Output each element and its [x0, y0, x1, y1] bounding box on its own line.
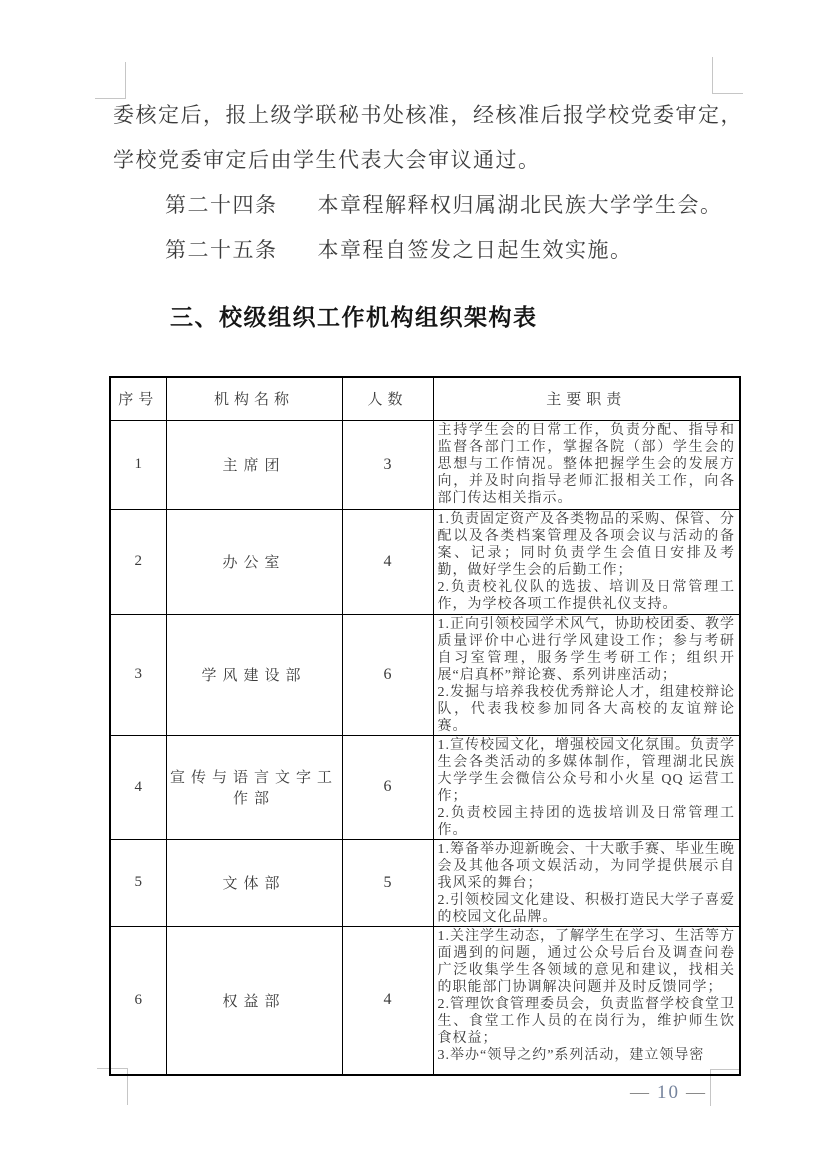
serial-cell: 1	[110, 420, 166, 509]
org-name-cell: 文体部	[166, 839, 342, 926]
header-serial: 序号	[110, 377, 166, 420]
serial-cell: 6	[110, 926, 166, 1075]
member-count-cell: 6	[342, 735, 433, 839]
page-number: —10—	[630, 1082, 707, 1104]
clause-number: 第二十五条	[165, 238, 278, 262]
clause-text: 本章程解释权归属湖北民族大学学生会。	[318, 193, 723, 217]
table-row: 5 文体部 5 1.筹备举办迎新晚会、十大歌手赛、毕业生晚会及其他各项文娱活动，…	[110, 839, 740, 926]
body-text-block: 委核定后，报上级学联秘书处核准，经核准后报学校党委审定， 学校党委审定后由学生代…	[113, 93, 733, 273]
org-name-cell: 权益部	[166, 926, 342, 1075]
member-count-cell: 4	[342, 926, 433, 1075]
org-name-cell: 学风建设部	[166, 614, 342, 735]
paragraph-line: 委核定后，报上级学联秘书处核准，经核准后报学校党委审定，	[113, 93, 733, 138]
serial-cell: 3	[110, 614, 166, 735]
table-row: 1 主席团 3 主持学生会的日常工作，负责分配、指导和监督各部门工作，掌握各院（…	[110, 420, 740, 509]
org-structure-table: 序号 机构名称 人数 主要职责 1 主席团 3 主持学生会的日常工作，负责分配、…	[109, 376, 741, 1076]
member-count-cell: 6	[342, 614, 433, 735]
duty-item: 2.管理饮食管理委员会，负责监督学校食堂卫生、食堂工作人员的在岗行为，维护师生饮…	[438, 996, 736, 1047]
section-heading: 三、校级组织工作机构组织架构表	[170, 299, 538, 332]
duty-item: 主持学生会的日常工作，负责分配、指导和监督各部门工作，掌握各院（部）学生会的思想…	[438, 422, 736, 507]
header-count: 人数	[342, 377, 433, 420]
duty-item: 2.负责校园主持团的选拔培训及日常管理工作。	[438, 805, 736, 839]
duties-cell: 1.宣传校园文化，增强校园文化氛围。负责学生会各类活动的多媒体制作，管理湖北民族…	[433, 735, 740, 839]
table-header-row: 序号 机构名称 人数 主要职责	[110, 377, 740, 420]
duty-item: 3.举办“领导之约”系列活动，建立领导密	[438, 1047, 736, 1064]
clause-line: 第二十四条本章程解释权归属湖北民族大学学生会。	[113, 183, 733, 228]
duty-item: 2.负责校礼仪队的选拔、培训及日常管理工作，为学校各项工作提供礼仪支持。	[438, 579, 736, 613]
org-name-cell: 办公室	[166, 509, 342, 614]
table-row: 6 权益部 4 1.关注学生动态，了解学生在学习、生活等方面遇到的问题，通过公众…	[110, 926, 740, 1075]
duty-item: 1.关注学生动态，了解学生在学习、生活等方面遇到的问题，通过公众号后台及调查问卷…	[438, 928, 736, 996]
page-number-dash: —	[630, 1082, 651, 1103]
duties-cell: 1.关注学生动态，了解学生在学习、生活等方面遇到的问题，通过公众号后台及调查问卷…	[433, 926, 740, 1075]
duty-item: 1.筹备举办迎新晚会、十大歌手赛、毕业生晚会及其他各项文娱活动，为同学提供展示自…	[438, 841, 736, 892]
member-count-cell: 5	[342, 839, 433, 926]
member-count-cell: 4	[342, 509, 433, 614]
page-number-dash: —	[686, 1082, 707, 1103]
header-duties: 主要职责	[433, 377, 740, 420]
clause-number: 第二十四条	[165, 193, 278, 217]
clause-line: 第二十五条本章程自签发之日起生效实施。	[113, 228, 733, 273]
duties-cell: 1.正向引领校园学术风气，协助校团委、教学质量评价中心进行学风建设工作；参与考研…	[433, 614, 740, 735]
duty-item: 2.引领校园文化建设、积极打造民大学子喜爱的校园文化品牌。	[438, 892, 736, 926]
serial-cell: 4	[110, 735, 166, 839]
duties-cell: 1.筹备举办迎新晚会、十大歌手赛、毕业生晚会及其他各项文娱活动，为同学提供展示自…	[433, 839, 740, 926]
org-name-cell: 宣传与语言文字工作部	[166, 735, 342, 839]
member-count-cell: 3	[342, 420, 433, 509]
crop-mark-top-right	[712, 57, 743, 94]
table-row: 3 学风建设部 6 1.正向引领校园学术风气，协助校团委、教学质量评价中心进行学…	[110, 614, 740, 735]
duties-cell: 1.负责固定资产及各类物品的采购、保管、分配以及各类档案管理及各项会议与活动的备…	[433, 509, 740, 614]
paragraph-line: 学校党委审定后由学生代表大会审议通过。	[113, 138, 733, 183]
duty-item: 1.宣传校园文化，增强校园文化氛围。负责学生会各类活动的多媒体制作，管理湖北民族…	[438, 737, 736, 805]
duty-item: 1.正向引领校园学术风气，协助校团委、教学质量评价中心进行学风建设工作；参与考研…	[438, 616, 736, 684]
duties-cell: 主持学生会的日常工作，负责分配、指导和监督各部门工作，掌握各院（部）学生会的思想…	[433, 420, 740, 509]
duty-item: 2.发掘与培养我校优秀辩论人才，组建校辩论队，代表我校参加同各大高校的友谊辩论赛…	[438, 684, 736, 735]
page-number-value: 10	[651, 1082, 686, 1103]
table-row: 2 办公室 4 1.负责固定资产及各类物品的采购、保管、分配以及各类档案管理及各…	[110, 509, 740, 614]
table-row: 4 宣传与语言文字工作部 6 1.宣传校园文化，增强校园文化氛围。负责学生会各类…	[110, 735, 740, 839]
serial-cell: 5	[110, 839, 166, 926]
org-name-cell: 主席团	[166, 420, 342, 509]
header-org-name: 机构名称	[166, 377, 342, 420]
document-page: 委核定后，报上级学联秘书处核准，经核准后报学校党委审定， 学校党委审定后由学生代…	[0, 0, 836, 1170]
clause-text: 本章程自签发之日起生效实施。	[318, 238, 633, 262]
duty-item: 1.负责固定资产及各类物品的采购、保管、分配以及各类档案管理及各项会议与活动的备…	[438, 511, 736, 579]
serial-cell: 2	[110, 509, 166, 614]
